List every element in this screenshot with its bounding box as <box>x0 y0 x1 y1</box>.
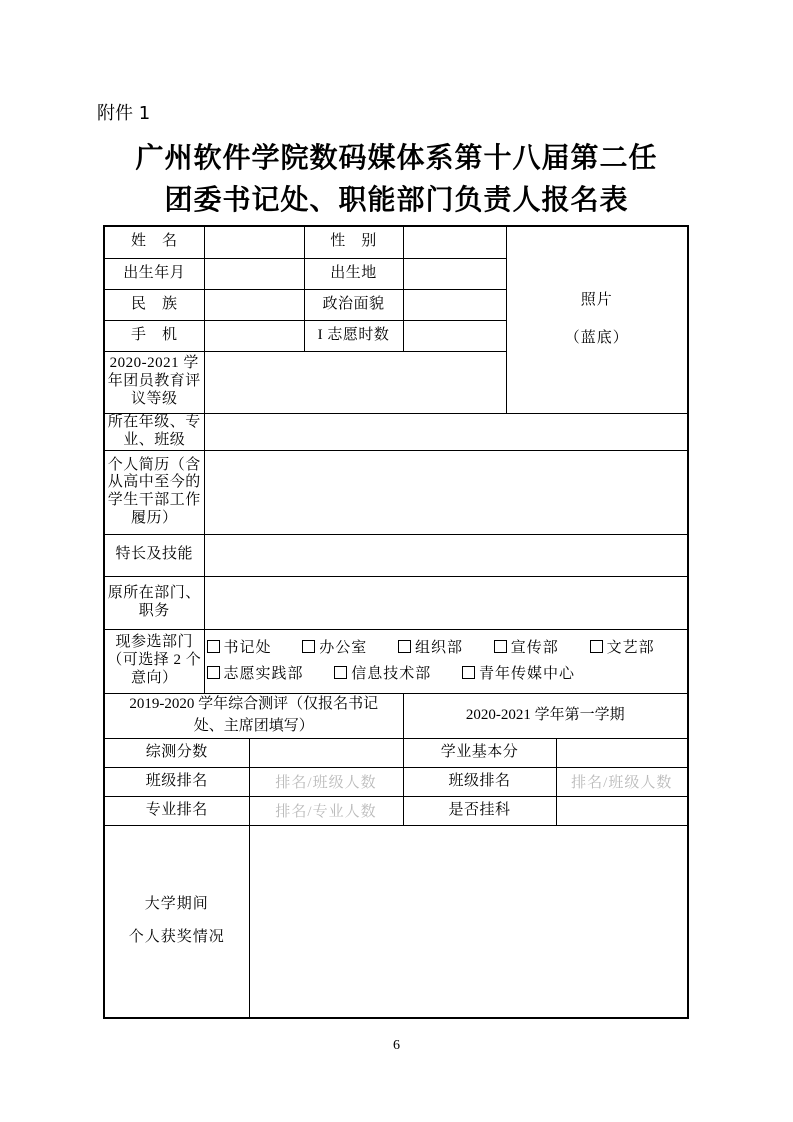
page-number: 6 <box>0 1038 793 1054</box>
political-status-label: 政治面貌 <box>304 289 403 320</box>
awards-label: 大学期间 个人获奖情况 <box>104 825 249 1018</box>
major-rank-placeholder-cell[interactable]: 排名/专业人数 <box>249 796 403 825</box>
candidate-dept-label: 现参选部门 （可选择 2 个 意向） <box>104 629 204 693</box>
former-dept-value-cell[interactable] <box>204 576 688 629</box>
attachment-label: 附件 1 <box>97 99 150 125</box>
dept-option-zuzhibu[interactable]: 组织部 <box>398 640 463 656</box>
dept-option-xuanchuanbu[interactable]: 宣传部 <box>494 640 559 656</box>
score-value-cell[interactable] <box>249 738 403 767</box>
major-rank-label: 专业排名 <box>104 796 249 825</box>
volunteer-hours-label: I 志愿时数 <box>304 320 403 351</box>
dept-option-label: 文艺部 <box>607 640 655 656</box>
academic-base-value-cell[interactable] <box>556 738 688 767</box>
ethnicity-label: 民 族 <box>104 289 204 320</box>
document-title-line1: 广州软件学院数码媒体系第十八届第二任 <box>0 136 793 176</box>
checkbox-icon[interactable] <box>590 640 603 653</box>
political-status-value-cell[interactable] <box>403 289 506 320</box>
dept-option-shujichu[interactable]: 书记处 <box>207 640 272 656</box>
class-rank-left-label: 班级排名 <box>104 767 249 796</box>
dept-option-label: 信息技术部 <box>351 666 431 682</box>
dept-option-label: 书记处 <box>224 640 272 656</box>
dept-option-label: 宣传部 <box>511 640 559 656</box>
awards-value-cell[interactable] <box>249 825 688 1018</box>
grade-major-class-label: 所在年级、专 业、班级 <box>104 413 204 450</box>
eval-header-right: 2020-2021 学年第一学期 <box>403 693 688 738</box>
resume-label: 个人简历（含 从高中至今的 学生干部工作 履历） <box>104 450 204 534</box>
document-title-line2: 团委书记处、职能部门负责人报名表 <box>0 178 793 218</box>
dept-options-cell: 书记处 办公室 组织部 宣传部 文艺部 志愿实践部 信息技术部 青年传媒中心 <box>204 629 688 693</box>
gender-value-cell[interactable] <box>403 226 506 258</box>
academic-base-label: 学业基本分 <box>403 738 556 767</box>
dept-option-label: 办公室 <box>319 640 367 656</box>
phone-label: 手 机 <box>104 320 204 351</box>
class-rank-left-placeholder-cell[interactable]: 排名/班级人数 <box>249 767 403 796</box>
birth-date-label: 出生年月 <box>104 258 204 289</box>
checkbox-icon[interactable] <box>207 640 220 653</box>
checkbox-icon[interactable] <box>302 640 315 653</box>
league-eval-value-cell[interactable] <box>204 351 506 413</box>
birth-place-value-cell[interactable] <box>403 258 506 289</box>
eval-header-left: 2019-2020 学年综合测评（仅报名书记 处、主席团填写） <box>104 693 403 738</box>
photo-cell[interactable]: 照片 （蓝底） <box>506 226 688 413</box>
class-rank-right-label: 班级排名 <box>403 767 556 796</box>
checkbox-icon[interactable] <box>207 666 220 679</box>
dept-option-bangongshi[interactable]: 办公室 <box>302 640 367 656</box>
photo-label-line1: 照片 <box>509 282 686 320</box>
skills-label: 特长及技能 <box>104 534 204 576</box>
gender-label: 性 别 <box>304 226 403 258</box>
failed-course-value-cell[interactable] <box>556 796 688 825</box>
dept-option-wenyibu[interactable]: 文艺部 <box>590 640 655 656</box>
checkbox-icon[interactable] <box>398 640 411 653</box>
failed-course-label: 是否挂科 <box>403 796 556 825</box>
grade-major-class-value-cell[interactable] <box>204 413 688 450</box>
photo-label-line2: （蓝底） <box>509 320 686 358</box>
former-dept-label: 原所在部门、 职务 <box>104 576 204 629</box>
dept-option-zhiyuanshijianbu[interactable]: 志愿实践部 <box>207 666 304 682</box>
resume-value-cell[interactable] <box>204 450 688 534</box>
checkbox-icon[interactable] <box>334 666 347 679</box>
dept-option-label: 志愿实践部 <box>224 666 304 682</box>
dept-options-row2: 志愿实践部 信息技术部 青年传媒中心 <box>207 661 686 687</box>
league-eval-label: 2020-2021 学 年团员教育评 议等级 <box>104 351 204 413</box>
checkbox-icon[interactable] <box>494 640 507 653</box>
class-rank-right-placeholder-cell[interactable]: 排名/班级人数 <box>556 767 688 796</box>
checkbox-icon[interactable] <box>462 666 475 679</box>
score-label: 综测分数 <box>104 738 249 767</box>
birth-date-value-cell[interactable] <box>204 258 304 289</box>
dept-option-qingnianchuanmeizhongxin[interactable]: 青年传媒中心 <box>462 666 575 682</box>
ethnicity-value-cell[interactable] <box>204 289 304 320</box>
name-label: 姓 名 <box>104 226 204 258</box>
birth-place-label: 出生地 <box>304 258 403 289</box>
application-form-table: 姓 名 性 别 照片 （蓝底） 出生年月 出生地 民 族 政治面貌 手 机 I … <box>103 225 689 1019</box>
dept-options-row1: 书记处 办公室 组织部 宣传部 文艺部 <box>207 635 686 661</box>
dept-option-label: 组织部 <box>415 640 463 656</box>
volunteer-hours-value-cell[interactable] <box>403 320 506 351</box>
name-value-cell[interactable] <box>204 226 304 258</box>
dept-option-xinxijishubu[interactable]: 信息技术部 <box>334 666 431 682</box>
document-page: 附件 1 广州软件学院数码媒体系第十八届第二任 团委书记处、职能部门负责人报名表… <box>0 0 793 1122</box>
dept-option-label: 青年传媒中心 <box>479 666 575 682</box>
phone-value-cell[interactable] <box>204 320 304 351</box>
skills-value-cell[interactable] <box>204 534 688 576</box>
